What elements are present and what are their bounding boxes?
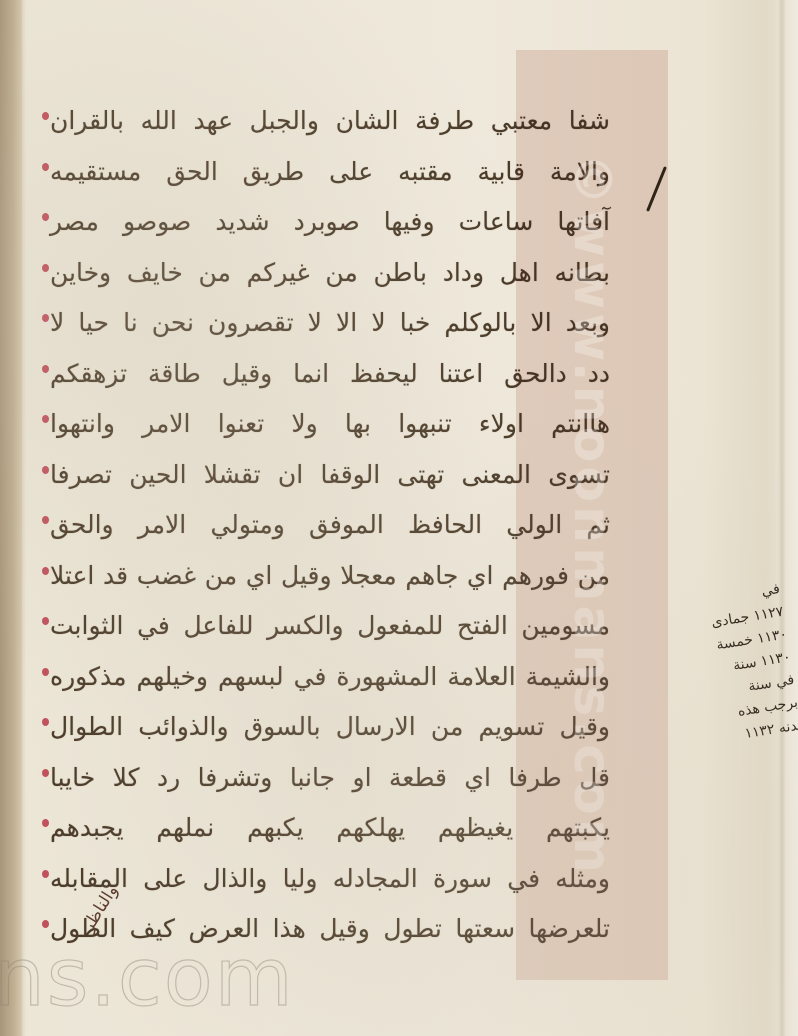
rubric-dot (42, 213, 49, 221)
rubric-dot (42, 819, 49, 827)
rubric-dot (42, 163, 49, 171)
rubric-dot (42, 920, 49, 928)
rubric-dot (42, 415, 49, 423)
rubric-dot (42, 365, 49, 373)
manuscript-page: شفا معتبي طرفة الشان والجبل عهد الله بال… (0, 0, 798, 1036)
rubric-dot (42, 314, 49, 322)
marginal-note: في ١١٢٧ جمادى ١١٣٠ خمسة ١١٣٠ سنة في سنة … (634, 578, 798, 760)
rubric-dot (42, 617, 49, 625)
rubric-dot (42, 769, 49, 777)
page-fold-edge (778, 0, 786, 1036)
rubric-dot (42, 264, 49, 272)
rubric-dot (42, 112, 49, 120)
rubric-dot (42, 567, 49, 575)
bottom-watermark: ns.com (0, 938, 295, 1018)
binding-edge (0, 0, 22, 1036)
rubric-dot (42, 668, 49, 676)
rubric-dot (42, 516, 49, 524)
vertical-watermark-text: ©www.noonmans.com (562, 153, 622, 877)
rubric-dot (42, 718, 49, 726)
rubric-dot (42, 466, 49, 474)
rubric-dot (42, 870, 49, 878)
